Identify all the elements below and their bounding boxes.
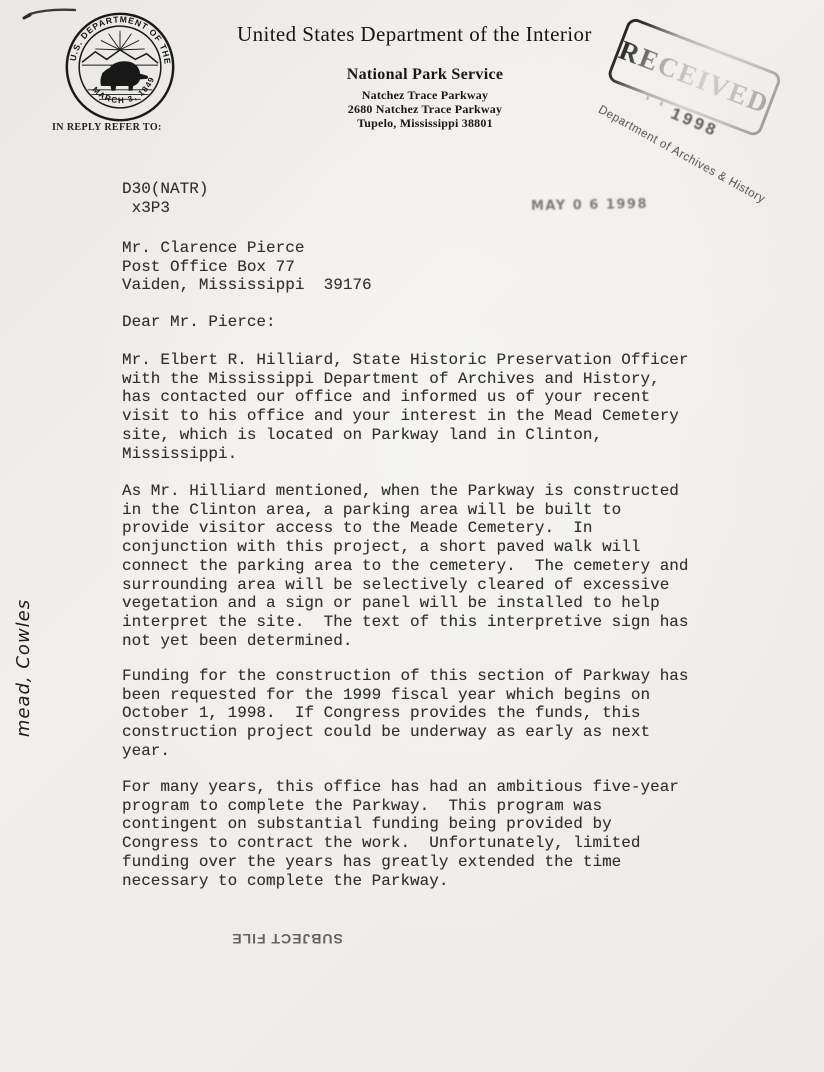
street-address: 2680 Natchez Trace Parkway bbox=[275, 102, 575, 116]
park-name: Natchez Trace Parkway bbox=[275, 88, 575, 102]
body-paragraph-3: Funding for the construction of this sec… bbox=[122, 667, 689, 761]
body-paragraph-4: For many years, this office has had an a… bbox=[122, 778, 679, 890]
reply-refer-label: IN REPLY REFER TO: bbox=[52, 122, 162, 133]
city-state-zip: Tupelo, Mississippi 38801 bbox=[275, 116, 575, 130]
letterhead-title: United States Department of the Interior bbox=[237, 22, 637, 47]
recipient-address: Mr. Clarence Pierce Post Office Box 77 V… bbox=[122, 239, 372, 295]
file-reference-codes: D30(NATR) x3P3 bbox=[122, 180, 208, 217]
body-paragraph-1: Mr. Elbert R. Hilliard, State Historic P… bbox=[122, 351, 689, 463]
salutation: Dear Mr. Pierce: bbox=[122, 313, 276, 332]
subject-file-stamp: SUBJECT FILE bbox=[228, 931, 346, 947]
received-stamp-word: RECEIVED bbox=[615, 34, 774, 120]
letterhead-address-block: National Park Service Natchez Trace Park… bbox=[275, 66, 575, 130]
scanned-letter-page: U.S. DEPARTMENT OF THE INTERIOR MARCH 3,… bbox=[0, 0, 824, 1072]
date-received-stamp: MAY 0 6 1998 bbox=[531, 197, 648, 214]
bureau-name: National Park Service bbox=[275, 66, 575, 84]
body-paragraph-2: As Mr. Hilliard mentioned, when the Park… bbox=[122, 482, 689, 650]
doi-seal: U.S. DEPARTMENT OF THE INTERIOR MARCH 3,… bbox=[63, 10, 177, 124]
handwritten-margin-note: mead, Cowles bbox=[13, 588, 37, 748]
